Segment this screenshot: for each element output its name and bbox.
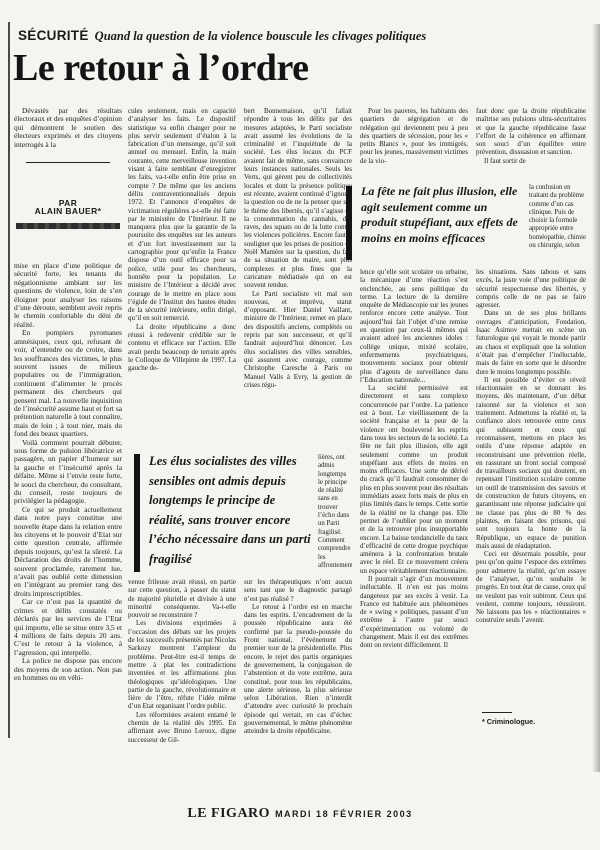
paragraph: lence qu’elle soit scolaire ou urbaine, … [360, 268, 468, 384]
paragraph: Le Parti socialiste vit mal son nouveau,… [244, 290, 352, 390]
paragraph: Ce qui se produit actuellement dans notr… [14, 506, 122, 598]
paragraph: La société permissive est directement et… [360, 384, 468, 575]
column-3-top: bert Bonnemaison, qu’il fallait répondre… [244, 107, 352, 451]
paragraph: En pompiers pyromanes amnésiques, ceux q… [14, 329, 122, 438]
kicker: SÉCURITÉQuand la question de la violence… [18, 27, 426, 45]
paragraph: faut donc que la droite républicaine maî… [476, 107, 586, 157]
column-4-bottom: lence qu’elle soit scolaire ou urbaine, … [360, 268, 468, 748]
byline-affiliation-bar [16, 223, 120, 229]
paragraph: Il est possible d’éviter ce réveil réact… [476, 376, 586, 550]
pullquote-1-bar [134, 454, 140, 572]
footer-brand: LE FIGARO [187, 806, 270, 821]
column-2-top: cules seulement, mais en capacité d’anal… [128, 107, 236, 451]
pullquote-1: Les élus socialistes des villes sensible… [134, 452, 312, 574]
paragraph: lières, ont admis longtemps le principe … [318, 454, 352, 570]
headline: Le retour à l’ordre [13, 46, 308, 90]
column-5-top: faut donc que la droite républicaine maî… [476, 107, 586, 183]
paragraph: Il pourrait s’agir d’un mouvement inéluc… [360, 575, 468, 650]
paragraph: Dans un de ses plus brillants ouvrages d… [476, 309, 586, 375]
page-footer: LE FIGAROMARDI 18 FÉVRIER 2003 [0, 804, 600, 822]
column-3-sliver: lières, ont admis longtemps le principe … [318, 454, 352, 574]
paragraph: sur les thérapeutiques n’ont aucun sens … [244, 578, 352, 603]
column-1-body: mise en place d’une politique de sécurit… [14, 262, 122, 682]
column-5-bottom: les situations. Sans tabous et sans excè… [476, 268, 586, 706]
pullquote-1-text: Les élus socialistes des villes sensible… [149, 452, 312, 569]
kicker-section: SÉCURITÉ [18, 28, 89, 43]
footnote-text: * Criminologue. [482, 717, 535, 726]
column-1: Dévastés par des résultats électoraux et… [14, 107, 122, 744]
pullquote-2-text: La fête ne fait plus illusion, elle agit… [361, 184, 526, 246]
paragraph: Dévastés par des résultats électoraux et… [14, 107, 122, 149]
paragraph: les situations. Sans tabous et sans excè… [476, 268, 586, 309]
paragraph: venue frileuse avait réussi, en partie s… [128, 578, 236, 619]
pullquote-2: La fête ne fait plus illusion, elle agit… [346, 184, 526, 262]
paragraph: bert Bonnemaison, qu’il fallait répondre… [244, 107, 352, 290]
byline-block: PAR ALAIN BAUER* [14, 149, 122, 262]
paragraph: Il faut sortir de [476, 157, 586, 165]
paragraph: Ceci est désormais possible, pour peu qu… [476, 550, 586, 625]
column-2-bottom: venue frileuse avait réussi, en partie s… [128, 578, 236, 744]
column-4-top: Pour les pauvres, les habitants des quar… [360, 107, 468, 183]
paragraph: La police ne dispose pas encore des moye… [14, 657, 122, 682]
footnote: * Criminologue. [482, 712, 535, 726]
pullquote-2-bar [346, 186, 352, 260]
column-5-sliver: la confusion en traitant du problème com… [529, 184, 587, 264]
byline-name: ALAIN BAUER* [14, 207, 122, 215]
paragraph: Les réformistes avaient entamé le chemin… [128, 711, 236, 744]
paragraph: Les divisions exprimées à l’occasion des… [128, 619, 236, 710]
paragraph: Pour les pauvres, les habitants des quar… [360, 107, 468, 165]
footer-date: MARDI 18 FÉVRIER 2003 [275, 809, 413, 819]
paragraph: Car ce n’est pas la quantité de crimes e… [14, 598, 122, 657]
paragraph: La droite républicaine a donc réussi à r… [128, 323, 236, 373]
kicker-subtitle: Quand la question de la violence bouscul… [95, 29, 427, 43]
paragraph: Le retour à l’ordre est en marche dans l… [244, 603, 352, 736]
newspaper-page: SÉCURITÉQuand la question de la violence… [0, 0, 600, 850]
paragraph: mise en place d’une politique de sécurit… [14, 262, 122, 329]
footnote-rule [482, 712, 512, 713]
paragraph: cules seulement, mais en capacité d’anal… [128, 107, 236, 323]
scan-edge-shadow [592, 24, 600, 772]
paragraph: Voilà comment pourrait débuter, sous for… [14, 439, 122, 506]
paragraph: la confusion en traitant du problème com… [529, 184, 587, 250]
column-1-intro: Dévastés par des résultats électoraux et… [14, 107, 122, 149]
left-column-rule [8, 22, 10, 738]
column-3-bottom: sur les thérapeutiques n’ont aucun sens … [244, 578, 352, 748]
